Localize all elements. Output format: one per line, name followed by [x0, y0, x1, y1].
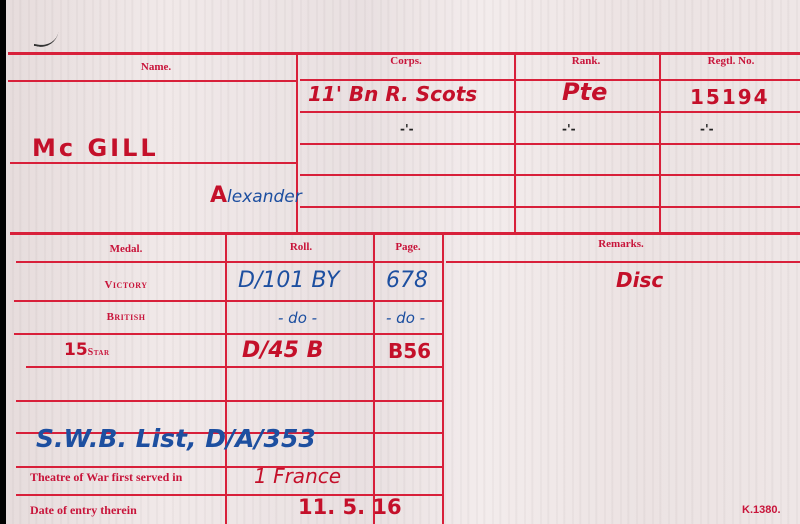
medal-15-prefix: 15	[64, 340, 88, 360]
date-value: 11. 5. 16	[298, 495, 402, 519]
divider-medal-roll	[225, 234, 227, 524]
form-number: K.1380.	[742, 504, 781, 516]
name-header: Name.	[106, 61, 206, 73]
surname-line	[10, 162, 296, 164]
medal-row2-line	[14, 333, 442, 335]
medals-top-line	[10, 232, 800, 235]
name-header-line	[8, 80, 296, 82]
regtl-no-header: Regtl. No.	[676, 55, 786, 67]
divider-page-remarks	[442, 234, 444, 524]
rank-value: Pte	[562, 78, 607, 106]
page-british: - do -	[386, 309, 425, 327]
row3-line	[300, 174, 800, 176]
medal-15-star: 15Star	[64, 340, 110, 360]
corps-value: 11' Bn R. Scots	[308, 82, 477, 106]
row1-line	[300, 111, 800, 113]
theatre-value: 1 France	[254, 464, 341, 488]
forename-initial: A	[210, 183, 227, 208]
page-15-star: B56	[388, 339, 431, 363]
medal-header: Medal.	[76, 243, 176, 255]
roll-header: Roll.	[251, 241, 351, 253]
medal-row3-line	[26, 366, 442, 368]
medal-victory: Victory	[76, 279, 176, 291]
date-label: Date of entry therein	[30, 503, 137, 518]
medal-star-label: Star	[88, 347, 110, 358]
surname-value: Mc GILL	[32, 134, 159, 162]
corps-header: Corps.	[356, 55, 456, 67]
divider-roll-page	[373, 234, 375, 524]
theatre-label: Theatre of War first served in	[30, 470, 182, 485]
remarks-value: Disc	[616, 268, 663, 292]
page-header: Page.	[374, 241, 442, 253]
row4-line	[300, 206, 800, 208]
roll-victory: D/101 BY	[238, 268, 339, 293]
corps-ditto: -'-	[400, 122, 414, 136]
remarks-header: Remarks.	[566, 238, 676, 250]
page-victory: 678	[386, 268, 428, 293]
medal-header-line	[16, 261, 442, 263]
rank-ditto: -'-	[562, 122, 576, 136]
regtl-no-value: 15194	[690, 85, 770, 109]
header-line-right	[300, 79, 800, 81]
row2-line	[300, 143, 800, 145]
remarks-header-line	[446, 261, 800, 263]
forename-rest: lexander	[227, 187, 302, 207]
roll-15-star: D/45 B	[242, 338, 323, 363]
forename-value: Alexander	[210, 183, 302, 208]
medal-row1-line	[14, 300, 442, 302]
medal-british: British	[76, 311, 176, 323]
theatre-line	[16, 466, 442, 468]
roll-british: - do -	[278, 309, 317, 327]
medal-row4-line	[16, 400, 442, 402]
medal-index-card: Name. Corps. Rank. Regtl. No. Mc GILL Al…	[6, 0, 800, 524]
pencil-tick-mark	[34, 18, 61, 49]
swb-list-entry: S.W.B. List, D/A/353	[36, 424, 316, 453]
regtl-no-ditto: -'-	[700, 122, 714, 136]
rank-header: Rank.	[536, 55, 636, 67]
